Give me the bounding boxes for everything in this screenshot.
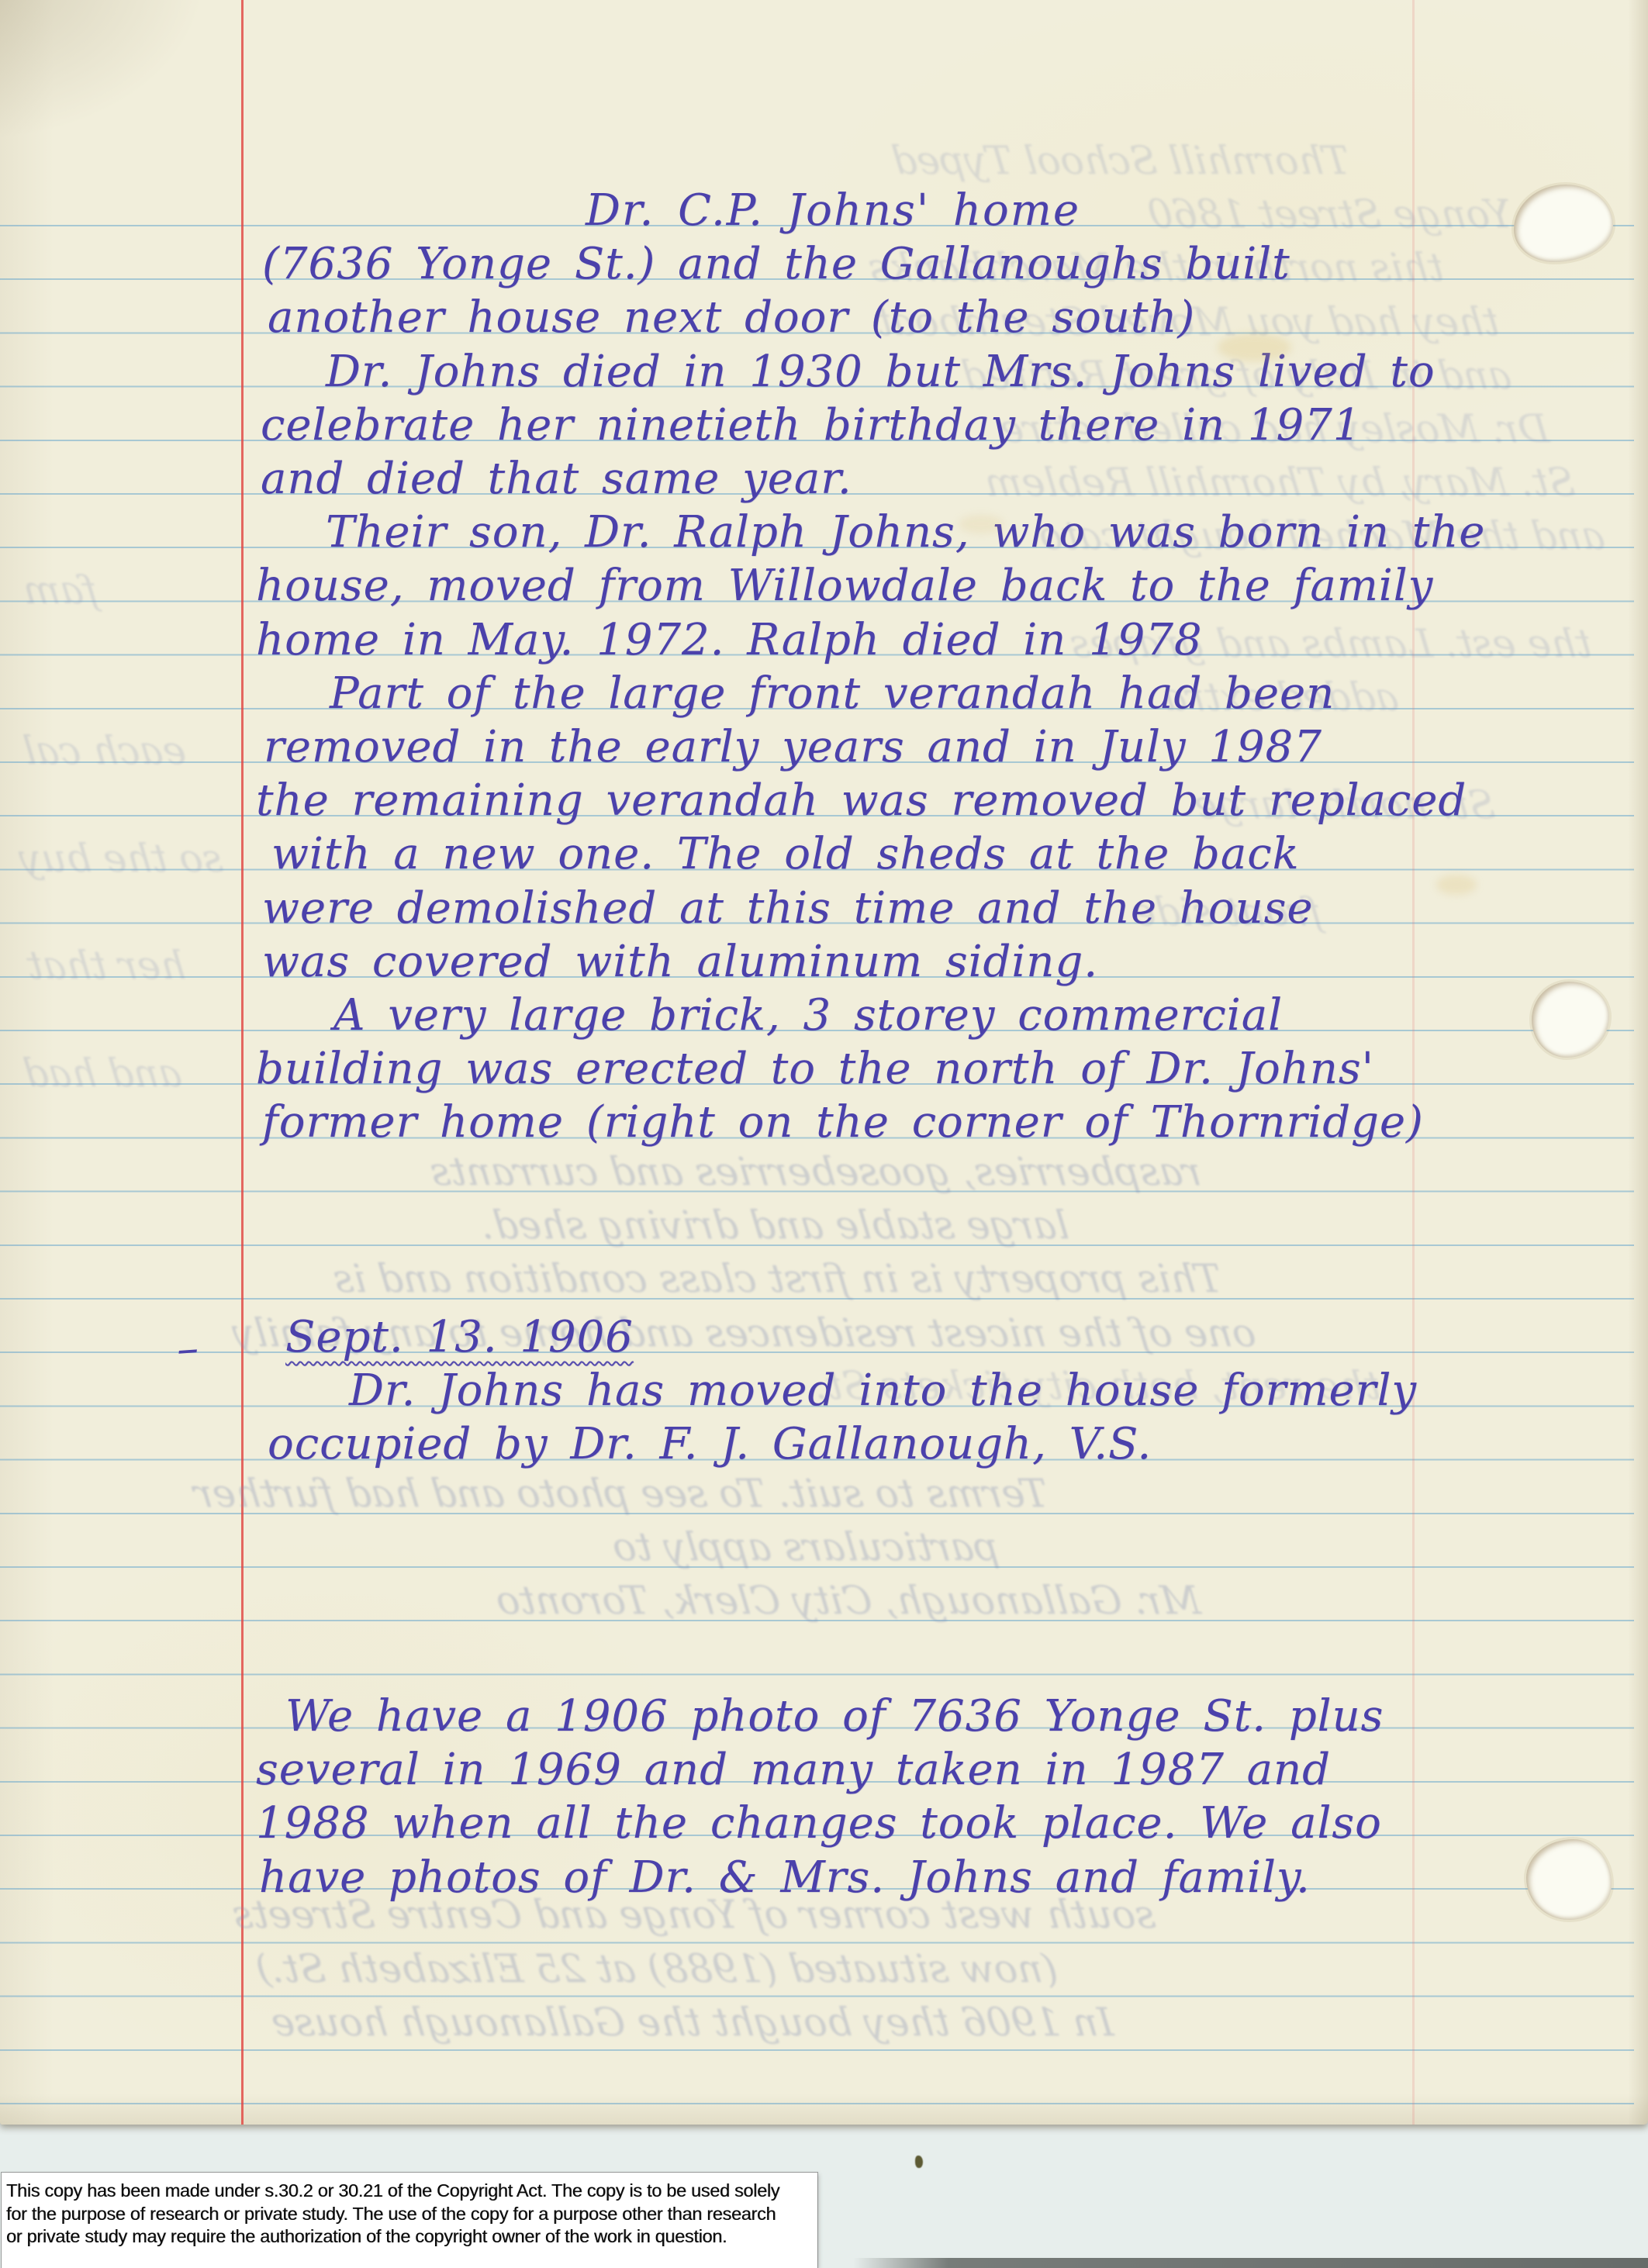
scanned-page: Thornhill School Typed Yonge Street 1860… — [0, 0, 1648, 2268]
bleedthrough-ghost-line: so the buy — [17, 836, 225, 881]
bleedthrough-ghost-line: and had — [21, 1051, 184, 1096]
bleedthrough-ghost-line: her that — [25, 943, 188, 988]
handwritten-line: with a new one. The old sheds at the bac… — [271, 830, 1300, 879]
date-dash: – — [175, 1327, 200, 1372]
bleedthrough-ghost-line: In 1906 they bought the Gallanough house — [269, 2000, 1115, 2045]
handwritten-line: occupied by Dr. F. J. Gallanough, V.S. — [268, 1420, 1152, 1469]
bleedthrough-ghost-line: St. Mary, by Thornhill Reblem — [983, 460, 1577, 505]
notebook-paper: Thornhill School Typed Yonge Street 1860… — [0, 0, 1648, 2125]
scan-edge-shadow — [853, 2258, 1648, 2268]
bleedthrough-ghost-line: This property is in first class conditio… — [331, 1256, 1224, 1301]
handwritten-line: former home (right on the corner of Thor… — [262, 1098, 1424, 1148]
handwritten-line: Part of the large front verandah had bee… — [330, 669, 1335, 719]
bleedthrough-ghost-line: Thornhill School Typed — [890, 138, 1352, 183]
handwritten-line: removed in the early years and in July 1… — [264, 723, 1322, 772]
handwritten-line: celebrate her ninetieth birthday there i… — [261, 401, 1361, 450]
bleedthrough-ghost-line: fam — [21, 568, 100, 613]
handwritten-line: Their son, Dr. Ralph Johns, who was born… — [326, 508, 1485, 558]
handwritten-line: and died that same year. — [261, 454, 852, 504]
bleedthrough-ghost-line: particulars apply to — [610, 1524, 1001, 1569]
red-margin-line — [241, 0, 244, 2125]
handwritten-line: Dr. Johns has moved into the house forme… — [349, 1366, 1417, 1416]
bleedthrough-ghost-line: (now situated (1988) at 25 Elizabeth St.… — [254, 1946, 1060, 1991]
handwritten-line: A very large brick, 3 storey commercial — [333, 991, 1283, 1041]
handwritten-line: the remaining verandah was removed but r… — [256, 776, 1467, 826]
handwritten-line: have photos of Dr. & Mrs. Johns and fami… — [259, 1853, 1311, 1903]
paper-stain — [1436, 875, 1477, 895]
handwritten-line: several in 1969 and many taken in 1987 a… — [256, 1745, 1331, 1795]
copyright-line: for the purpose of research or private s… — [6, 2203, 811, 2226]
handwritten-line: house, moved from Willowdale back to the… — [256, 561, 1433, 611]
bleedthrough-ghost-line: large stable and driving shed. — [479, 1203, 1071, 1248]
date-underlined: Sept. 13. 1906 — [285, 1312, 634, 1362]
handwritten-line: building was erected to the north of Dr.… — [256, 1044, 1374, 1094]
handwritten-line: another house next door (to the south) — [268, 293, 1195, 343]
copyright-notice-label: This copy has been made under s.30.2 or … — [2, 2173, 817, 2268]
bleedthrough-ghost-line: raspberries, gooseberries and currants — [428, 1149, 1204, 1194]
copyright-line: This copy has been made under s.30.2 or … — [6, 2180, 811, 2203]
handwritten-line: (7636 Yonge St.) and the Gallanoughs bui… — [262, 240, 1290, 289]
copyright-line: or private study may require the authori… — [6, 2225, 811, 2249]
handwritten-line: We have a 1906 photo of 7636 Yonge St. p… — [285, 1692, 1384, 1742]
handwritten-line: were demolished at this time and the hou… — [262, 884, 1314, 934]
bleedthrough-ghost-line: Yonge Street 1860 — [1145, 192, 1514, 236]
paper-stain — [959, 515, 1004, 533]
handwritten-line-title: Dr. C.P. Johns' home — [586, 186, 1080, 236]
punched-hole-icon — [1526, 1839, 1612, 1920]
paper-stain — [1218, 333, 1291, 361]
handwritten-line: was covered with aluminum siding. — [262, 937, 1098, 987]
handwritten-date-heading: Sept. 13. 1906 — [285, 1313, 634, 1362]
bleedthrough-ghost-line: Terms to suit. To see photo and had furt… — [192, 1471, 1050, 1516]
handwritten-line: 1988 when all the changes took place. We… — [256, 1799, 1382, 1849]
handwritten-line: home in May. 1972. Ralph died in 1978 — [256, 616, 1203, 665]
debris-speck — [915, 2156, 923, 2168]
bleedthrough-ghost-line: each cal — [21, 728, 188, 773]
bleedthrough-ghost-line: Mr. Gallanough, City Clerk, Toronto — [494, 1578, 1203, 1623]
